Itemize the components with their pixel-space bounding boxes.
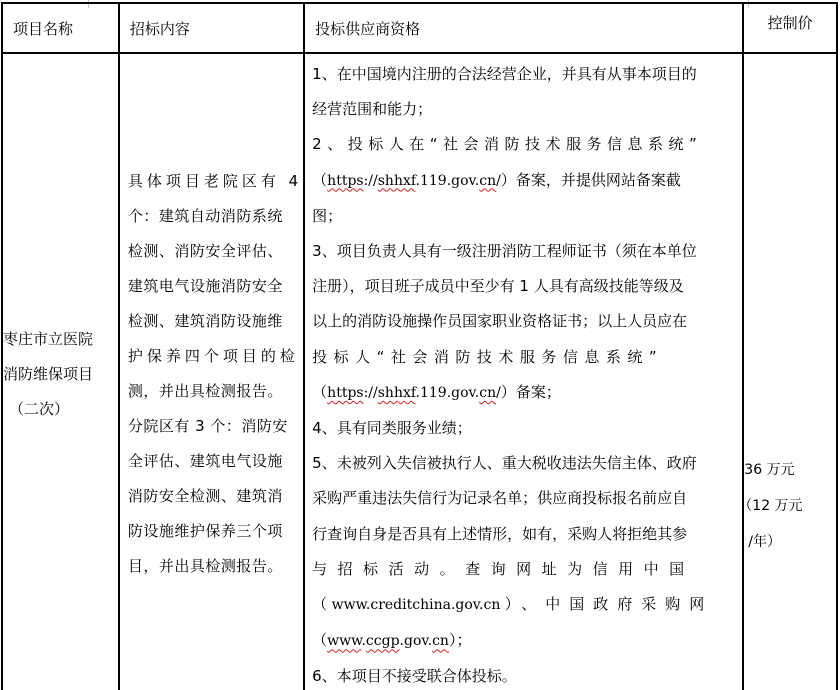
qualification-5-line: 5、未被列入失信被执行人、重大税收违法失信主体、政府 [312, 446, 742, 481]
qualification-3-line: 以上的消防设施操作员国家职业资格证书；以上人员应在 [312, 304, 742, 339]
qualification-4-line: 4、具有同类服务业绩； [312, 411, 742, 446]
spellcheck-underline: shhxf [378, 385, 416, 401]
qualification-3-line: 注册），项目班子成员中至少有 1 人具有高级技能等级及 [312, 269, 742, 304]
content-line: 消防安全检测、建筑消 [120, 479, 303, 514]
price-total: 36 万元 [744, 452, 836, 488]
qualification-5-line: 与招标活动。查询网址为信用中国 [312, 552, 742, 587]
header-project-name: 项目名称 [2, 3, 119, 53]
qualification-2-url-line: （https://shhxf.119.gov.cn/）备案，并提供网站备案截 [312, 163, 742, 199]
qualifications-cell[interactable]: 1、在中国境内注册的合法经营企业，并具有从事本项目的 经营范围和能力； 2、投标… [304, 53, 743, 690]
header-qualifications: 投标供应商资格 [304, 3, 743, 53]
creditchina-url[interactable]: www.creditchina.gov.cn [327, 597, 505, 613]
content-line: 测，并出具检测报告。 [120, 374, 303, 409]
price-annual: （12 万元 [738, 488, 836, 524]
content-line: 防设施维护保养三个项 [120, 514, 303, 549]
procurement-table: 项目名称 招标内容 投标供应商资格 控制价 枣庄市立医院 消防维保项目 （二次）… [1, 2, 838, 690]
spellcheck-underline: www [327, 633, 361, 649]
spellcheck-underline: cn [479, 173, 496, 189]
content-line: 目，并出具检测报告。 [120, 549, 303, 584]
ccgp-url[interactable]: www.ccgp.gov.cn [327, 633, 449, 649]
qualification-1-line: 1、在中国境内注册的合法经营企业，并具有从事本项目的 [312, 57, 742, 92]
project-name-line: （二次） [3, 392, 118, 427]
price-annual-unit: /年） [748, 524, 836, 560]
header-row: 项目名称 招标内容 投标供应商资格 控制价 [2, 3, 837, 53]
price-cell[interactable]: 36 万元 （12 万元 /年） [743, 53, 837, 690]
qualification-6-line: 6、本项目不接受联合体投标。 [312, 659, 742, 690]
table-row: 枣庄市立医院 消防维保项目 （二次） 具体项目老院区有 4 个：建筑自动消防系统… [2, 53, 837, 690]
content-line: 护保养四个项目的检 [120, 339, 303, 374]
project-name-line: 枣庄市立医院 [3, 322, 118, 357]
content-line: 具体项目老院区有 4 [120, 164, 303, 199]
qualification-5-line: 行查询自身是否具有上述情形，如有，采购人将拒绝其参 [312, 517, 742, 552]
content-line: 个：建筑自动消防系统 [120, 199, 303, 234]
content-line: 分院区有 3 个：消防安 [120, 409, 303, 444]
spellcheck-underline: https [327, 173, 363, 189]
qualification-5-url-line: （www.ccgp.gov.cn）； [312, 623, 742, 659]
content-cell[interactable]: 具体项目老院区有 4 个：建筑自动消防系统 检测、消防安全评估、 建筑电气设施消… [119, 53, 304, 690]
spellcheck-underline: shhxf [378, 173, 416, 189]
project-name-line: 消防维保项目 [3, 357, 118, 392]
spellcheck-underline: ccgp [366, 633, 400, 649]
content-line: 建筑电气设施消防安全 [120, 269, 303, 304]
qualification-5-url-line: （ www.creditchina.gov.cn ）、中国政府采购网 [312, 587, 742, 623]
qualification-2-line: 图； [312, 199, 742, 234]
content-line: 全评估、建筑电气设施 [120, 444, 303, 479]
qualification-3-url-line: （https://shhxf.119.gov.cn/）备案； [312, 375, 742, 411]
registration-url[interactable]: https://shhxf.119.gov.cn/ [327, 173, 501, 189]
content-line: 检测、建筑消防设施维 [120, 304, 303, 339]
header-price: 控制价 [743, 3, 837, 53]
qualification-5-line: 采购严重违法失信行为记录名单；供应商投标报名前应自 [312, 481, 742, 516]
spellcheck-underline: cn [432, 633, 449, 649]
qualification-3-line: 3、项目负责人具有一级注册消防工程师证书（须在本单位 [312, 234, 742, 269]
content-line: 检测、消防安全评估、 [120, 234, 303, 269]
qualification-2-line: 2、投标人在“社会消防技术服务信息系统” [312, 127, 742, 162]
qualification-1-line: 经营范围和能力； [312, 92, 742, 127]
header-content: 招标内容 [119, 3, 304, 53]
project-name-cell[interactable]: 枣庄市立医院 消防维保项目 （二次） [2, 53, 119, 690]
spellcheck-underline: https [327, 385, 363, 401]
spellcheck-underline: cn [479, 385, 496, 401]
registration-url[interactable]: https://shhxf.119.gov.cn/ [327, 385, 501, 401]
qualification-3-line: 投标人“社会消防技术服务信息系统” [312, 340, 742, 375]
